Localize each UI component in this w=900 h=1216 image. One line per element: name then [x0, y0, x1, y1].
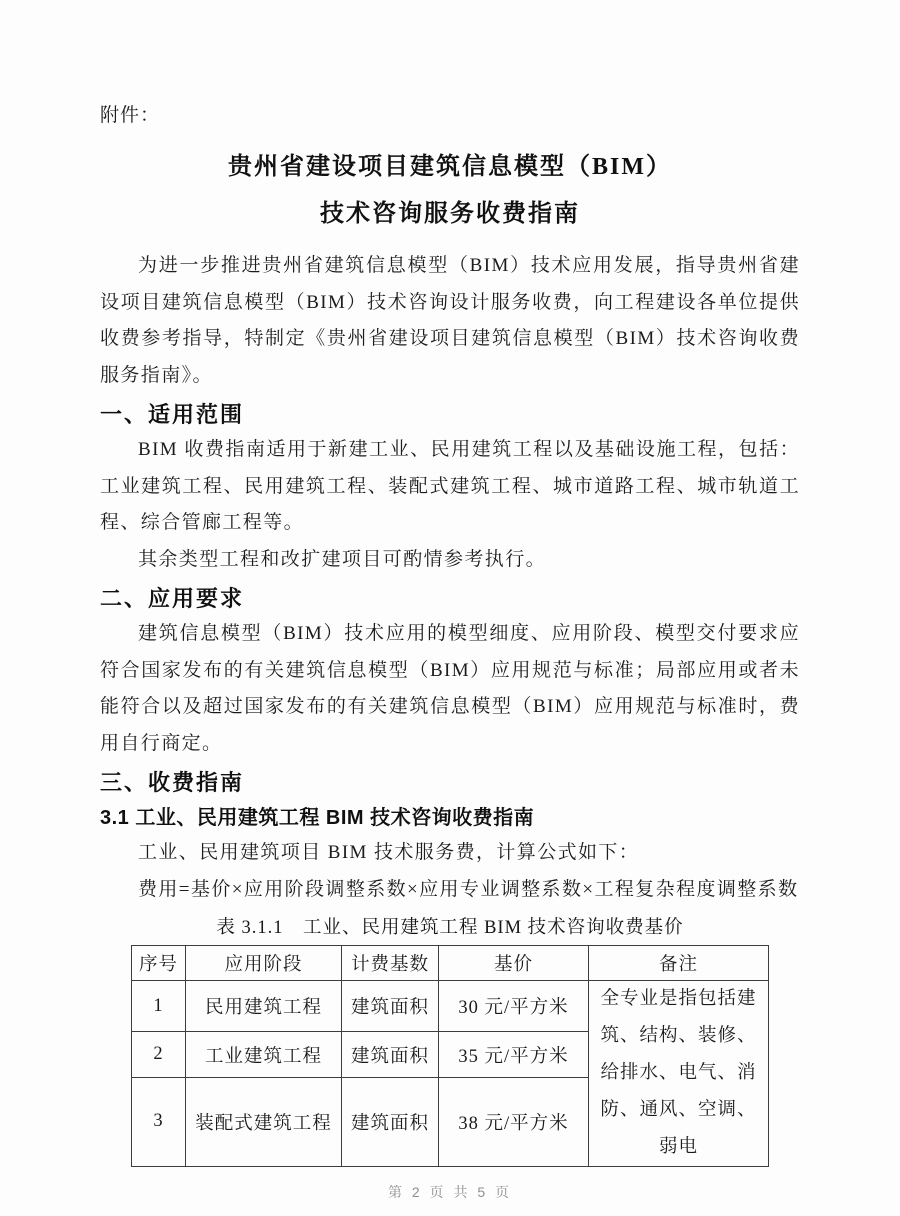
cell-price: 35 元/平方米 [439, 1032, 589, 1078]
section1-paragraph-1: BIM 收费指南适用于新建工业、民用建筑工程以及基础设施工程，包括：工业建筑工程… [100, 432, 800, 542]
header-basis: 计费基数 [342, 946, 439, 981]
document-content: 附件： 贵州省建设项目建筑信息模型（BIM） 技术咨询服务收费指南 为进一步推进… [0, 0, 900, 1167]
section1-heading: 一、适用范围 [100, 398, 800, 432]
attachment-label: 附件： [100, 102, 800, 130]
header-stage: 应用阶段 [186, 946, 342, 981]
table-caption: 表 3.1.1 工业、民用建筑工程 BIM 技术咨询收费基价 [100, 913, 800, 939]
intro-paragraph: 为进一步推进贵州省建筑信息模型（BIM）技术应用发展，指导贵州省建设项目建筑信息… [100, 248, 800, 394]
table-header-row: 序号 应用阶段 计费基数 基价 备注 [132, 946, 769, 981]
section1-paragraph-2: 其余类型工程和改扩建项目可酌情参考执行。 [100, 542, 800, 579]
document-page: 附件： 贵州省建设项目建筑信息模型（BIM） 技术咨询服务收费指南 为进一步推进… [0, 0, 900, 1216]
cell-basis: 建筑面积 [342, 1032, 439, 1078]
header-price: 基价 [439, 946, 589, 981]
page-number-footer: 第 2 页 共 5 页 [0, 1182, 900, 1202]
cell-stage: 装配式建筑工程 [186, 1077, 342, 1166]
cell-basis: 建筑面积 [342, 981, 439, 1032]
cell-stage: 工业建筑工程 [186, 1032, 342, 1078]
document-title-line1: 贵州省建设项目建筑信息模型（BIM） [100, 144, 800, 191]
fee-base-price-table: 序号 应用阶段 计费基数 基价 备注 1 民用建筑工程 建筑面积 30 元/平方… [131, 945, 769, 1167]
cell-basis: 建筑面积 [342, 1077, 439, 1166]
cell-stage: 民用建筑工程 [186, 981, 342, 1032]
section2-heading: 二、应用要求 [100, 582, 800, 616]
section3-paragraph-1: 工业、民用建筑项目 BIM 技术服务费，计算公式如下： [100, 835, 800, 872]
cell-no: 2 [132, 1032, 186, 1078]
section3-formula-paragraph: 费用=基价×应用阶段调整系数×应用专业调整系数×工程复杂程度调整系数 [100, 872, 800, 909]
table-row: 1 民用建筑工程 建筑面积 30 元/平方米 全专业是指包括建筑、结构、装修、给… [132, 981, 769, 1032]
section2-paragraph-1: 建筑信息模型（BIM）技术应用的模型细度、应用阶段、模型交付要求应符合国家发布的… [100, 616, 800, 762]
document-title-line2: 技术咨询服务收费指南 [100, 191, 800, 238]
cell-price: 30 元/平方米 [439, 981, 589, 1032]
cell-no: 1 [132, 981, 186, 1032]
header-no: 序号 [132, 946, 186, 981]
section3-heading: 三、收费指南 [100, 766, 800, 800]
cell-remark: 全专业是指包括建筑、结构、装修、给排水、电气、消防、通风、空调、弱电 [589, 981, 769, 1167]
section3-subheading: 3.1 工业、民用建筑工程 BIM 技术咨询收费指南 [100, 802, 800, 835]
document-title: 贵州省建设项目建筑信息模型（BIM） 技术咨询服务收费指南 [100, 144, 800, 238]
header-remark: 备注 [589, 946, 769, 981]
cell-price: 38 元/平方米 [439, 1077, 589, 1166]
cell-no: 3 [132, 1077, 186, 1166]
